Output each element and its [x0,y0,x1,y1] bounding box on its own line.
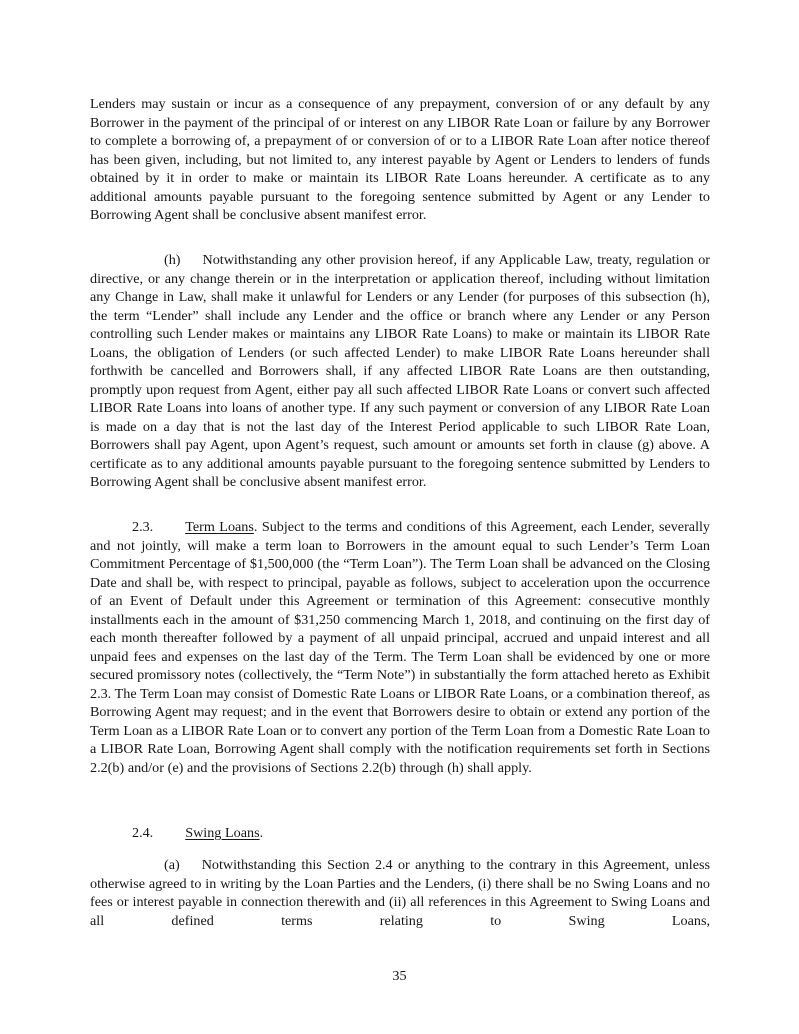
section-number: 2.4. [132,825,153,841]
paragraph-subsection-a: (a)Notwithstanding this Section 2.4 or a… [90,856,710,930]
paragraph-text: . Subject to the terms and conditions of… [90,519,710,776]
paragraph-text: Notwithstanding any other provision here… [90,252,710,490]
paragraph-text: Notwithstanding this Section 2.4 or anyt… [90,857,710,929]
page-number: 35 [0,967,799,986]
paragraph-lenders-continuation: Lenders may sustain or incur as a conseq… [90,95,710,225]
section-number: 2.3. [132,519,153,535]
section-2-3-term-loans: 2.3.Term Loans. Subject to the terms and… [90,518,710,777]
section-heading: Term Loans [185,519,254,535]
section-heading: Swing Loans [185,825,259,841]
paragraph-subsection-h: (h)Notwithstanding any other provision h… [90,251,710,492]
section-2-4-swing-loans: 2.4.Swing Loans. [90,824,710,843]
subsection-label: (a) [164,857,180,873]
subsection-label: (h) [164,252,181,268]
document-page: Lenders may sustain or incur as a conseq… [0,0,799,1034]
paragraph-text: . [260,825,264,841]
